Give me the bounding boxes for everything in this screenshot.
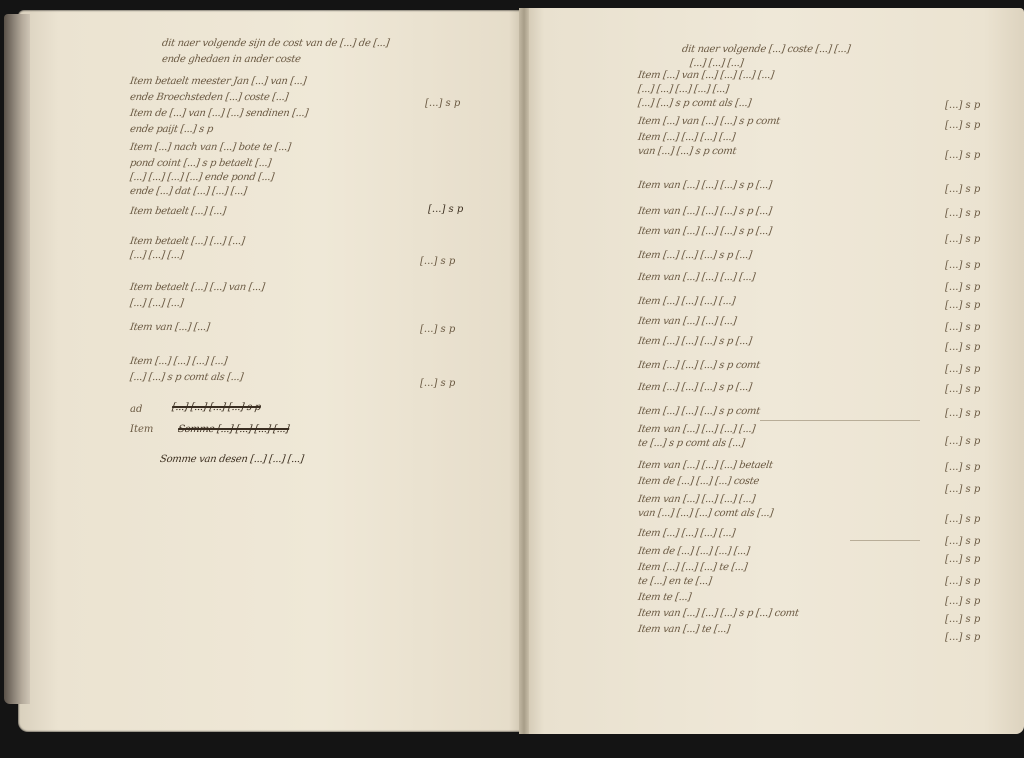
entry-amount: [...] s p xyxy=(945,100,980,111)
entry-line: Item [...] [...] [...] s p [...] xyxy=(637,250,752,261)
entry-amount: [...] s p xyxy=(945,536,980,547)
entry-amount: [...] s p xyxy=(420,256,455,267)
right-heading-line: dit naer volgende [...] coste [...] [...… xyxy=(681,44,851,55)
entry-line: Item betaelt [...] [...] xyxy=(129,206,226,217)
left-heading-line: dit naer volgende sijn de cost van de [.… xyxy=(161,38,390,49)
entry-line: Item van [...] [...] [...] s p [...] xyxy=(637,226,772,237)
entry-line: Item van [...] [...] [...] betaelt xyxy=(637,460,773,471)
entry-line: ende Broechsteden [...] coste [...] xyxy=(129,92,289,103)
entry-amount: [...] s p xyxy=(945,514,980,525)
entry-line: Item van [...] [...] [...] s p [...] xyxy=(637,180,772,191)
entry-amount: [...] s p xyxy=(425,98,460,109)
entry-amount: [...] s p xyxy=(945,408,980,419)
entry-amount: [...] s p xyxy=(945,282,980,293)
entry-line: van [...] [...] [...] comt als [...] xyxy=(637,508,774,519)
entry-amount: [...] s p xyxy=(420,324,455,335)
margin-mark: ad xyxy=(130,404,142,415)
right-heading-line: [...] [...] [...] xyxy=(689,58,744,69)
entry-line: Item betaelt [...] [...] [...] xyxy=(129,236,245,247)
entry-amount: [...] s p xyxy=(945,300,980,311)
entry-line: Item van [...] [...] [...] s p [...] com… xyxy=(637,608,799,619)
entry-line: Item van [...] [...] [...] xyxy=(637,316,737,327)
entry-amount: [...] s p xyxy=(945,436,980,447)
entry-line: [...] [...] [...] xyxy=(129,250,184,261)
entry-line: te [...] en te [...] xyxy=(637,576,712,587)
entry-line: Item [...] [...] [...] [...] xyxy=(637,528,736,539)
entry-line: Item van [...] [...] [...] [...] xyxy=(637,494,756,505)
margin-mark: Item xyxy=(130,424,153,435)
entry-line: Item [...] [...] [...] [...] xyxy=(637,132,736,143)
total-line: Somme van desen [...] [...] [...] xyxy=(159,454,304,465)
entry-line: Item [...] [...] [...] [...] xyxy=(637,296,736,307)
entry-line: Item [...] nach van [...] bote te [...] xyxy=(129,142,291,153)
left-heading-line: ende ghedaen in ander coste xyxy=(161,54,301,65)
book-gutter xyxy=(519,8,529,734)
entry-amount: [...] s p xyxy=(945,184,980,195)
entry-amount: [...] s p xyxy=(945,576,980,587)
entry-amount: [...] s p xyxy=(945,234,980,245)
entry-line: ende paijt [...] s p xyxy=(129,124,213,135)
entry-line: [...] [...] [...] xyxy=(129,298,184,309)
entry-line: [...] [...] s p comt als [...] xyxy=(129,372,244,383)
entry-line: Item van [...] [...] [...] [...] xyxy=(637,272,756,283)
entry-amount: [...] s p xyxy=(945,208,980,219)
entry-line: Item [...] [...] [...] [...] xyxy=(129,356,228,367)
entry-amount: [...] s p xyxy=(945,384,980,395)
entry-amount: [...] s p xyxy=(945,260,980,271)
entry-line: Item van [...] [...] [...] s p [...] xyxy=(637,206,772,217)
entry-line: Item de [...] [...] [...] [...] xyxy=(637,546,750,557)
entry-line: Item betaelt [...] [...] van [...] xyxy=(129,282,265,293)
entry-line: Item de [...] [...] [...] coste xyxy=(637,476,760,487)
entry-amount: [...] s p xyxy=(945,364,980,375)
entry-line: Item [...] van [...] [...] s p comt xyxy=(637,116,780,127)
book-edge xyxy=(4,14,30,704)
entry-line: Item de [...] van [...] [...] sendinen [… xyxy=(129,108,309,119)
entry-line: Item van [...] te [...] xyxy=(637,624,730,635)
entry-line: Item [...] [...] [...] s p [...] xyxy=(637,382,752,393)
entry-amount: [...] s p xyxy=(945,462,980,473)
entry-line: Item van [...] [...] [...] [...] xyxy=(637,424,756,435)
entry-amount: [...] s p xyxy=(945,484,980,495)
entry-line: Item [...] [...] [...] s p [...] xyxy=(637,336,752,347)
struck-entry: Somme [...] [...] [...] [...] xyxy=(177,424,290,435)
entry-amount: [...] s p xyxy=(420,378,455,389)
entry-line: Item van [...] [...] xyxy=(129,322,210,333)
struck-entry: [...] [...] [...] [...] s p xyxy=(171,402,261,413)
entry-line: Item betaelt meester Jan [...] van [...] xyxy=(129,76,307,87)
entry-amount: [...] s p xyxy=(945,596,980,607)
entry-line: [...] [...] [...] [...] [...] xyxy=(637,84,729,95)
entry-amount: [...] s p xyxy=(945,150,980,161)
ledger-rule xyxy=(760,420,920,421)
ledger-rule xyxy=(850,540,920,541)
entry-amount: [...] s p xyxy=(945,632,980,643)
entry-amount: [...] s p xyxy=(428,204,463,215)
entry-amount: [...] s p xyxy=(945,554,980,565)
entry-line: Item [...] [...] [...] te [...] xyxy=(637,562,748,573)
entry-amount: [...] s p xyxy=(945,322,980,333)
entry-line: Item [...] [...] [...] s p comt xyxy=(637,360,760,371)
entry-amount: [...] s p xyxy=(945,614,980,625)
entry-line: ende [...] dat [...] [...] [...] xyxy=(129,186,247,197)
entry-line: van [...] [...] s p comt xyxy=(637,146,737,157)
entry-line: Item [...] van [...] [...] [...] [...] xyxy=(637,70,774,81)
entry-line: te [...] s p comt als [...] xyxy=(637,438,745,449)
entry-amount: [...] s p xyxy=(945,120,980,131)
entry-line: Item te [...] xyxy=(637,592,692,603)
entry-line: [...] [...] [...] [...] ende pond [...] xyxy=(129,172,275,183)
entry-line: Item [...] [...] [...] s p comt xyxy=(637,406,760,417)
open-manuscript-book: dit naer volgende sijn de cost van de [.… xyxy=(0,0,1024,758)
entry-line: pond coint [...] s p betaelt [...] xyxy=(129,158,272,169)
entry-line: [...] [...] s p comt als [...] xyxy=(637,98,752,109)
entry-amount: [...] s p xyxy=(945,342,980,353)
